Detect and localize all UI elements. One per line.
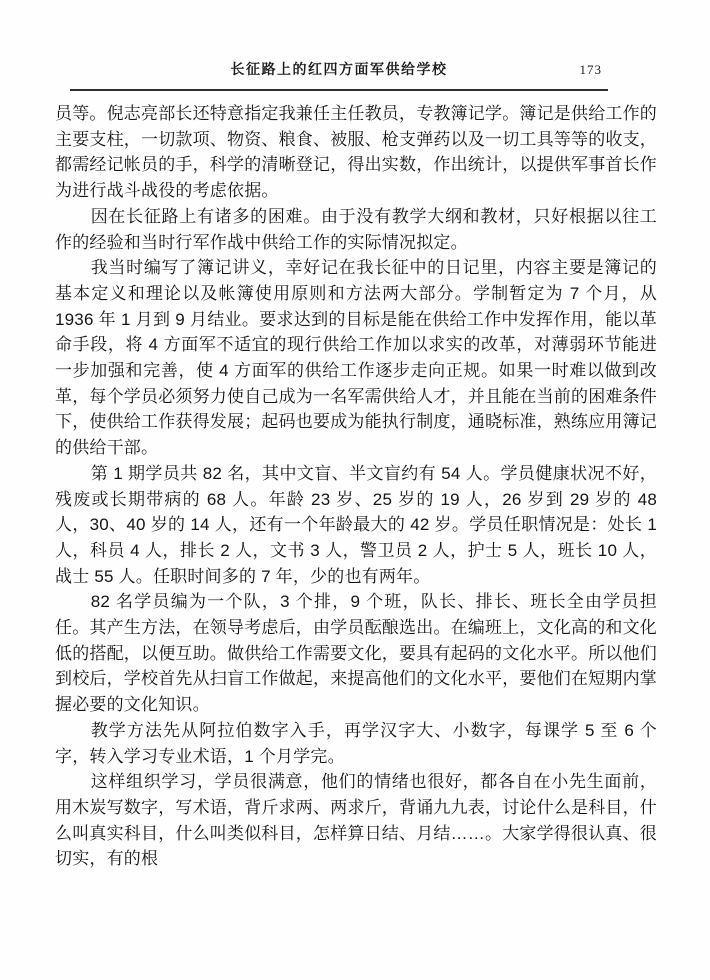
- page-number: 173: [580, 62, 603, 78]
- paragraph-difficulties: 因在长征路上有诸多的困难。由于没有教学大纲和教材，只好根据以往工作的经验和当时行…: [55, 204, 657, 255]
- paragraph-class-organization: 82 名学员编为一个队，3 个排，9 个班，队长、排长、班长全由学员担任。其产生…: [55, 589, 657, 718]
- book-page: 长征路上的红四方面军供给学校 173 员等。倪志亮部长还特意指定我兼任主任教员，…: [0, 0, 710, 980]
- paragraph-continuation: 员等。倪志亮部长还特意指定我兼任主任教员，专教簿记学。簿记是供给工作的主要支柱，…: [55, 101, 657, 204]
- running-title: 长征路上的红四方面军供给学校: [70, 60, 608, 78]
- paragraph-curriculum: 我当时编写了簿记讲义，幸好记在我长征中的日记里，内容主要是簿记的基本定义和理论以…: [55, 255, 657, 461]
- paragraph-study-results: 这样组织学习，学员很满意，他们的情绪也很好，都各自在小先生面前，用木炭写数字，写…: [55, 769, 657, 872]
- page-header: 长征路上的红四方面军供给学校 173: [70, 60, 608, 90]
- paragraph-teaching-method: 教学方法先从阿拉伯数字入手，再学汉字大、小数字，每课学 5 至 6 个字，转入学…: [55, 718, 657, 769]
- paragraph-students-profile: 第 1 期学员共 82 名，其中文盲、半文盲约有 54 人。学员健康状况不好，残…: [55, 461, 657, 590]
- header-rule: [70, 89, 608, 91]
- page-body: 员等。倪志亮部长还特意指定我兼任主任教员，专教簿记学。簿记是供给工作的主要支柱，…: [55, 101, 657, 872]
